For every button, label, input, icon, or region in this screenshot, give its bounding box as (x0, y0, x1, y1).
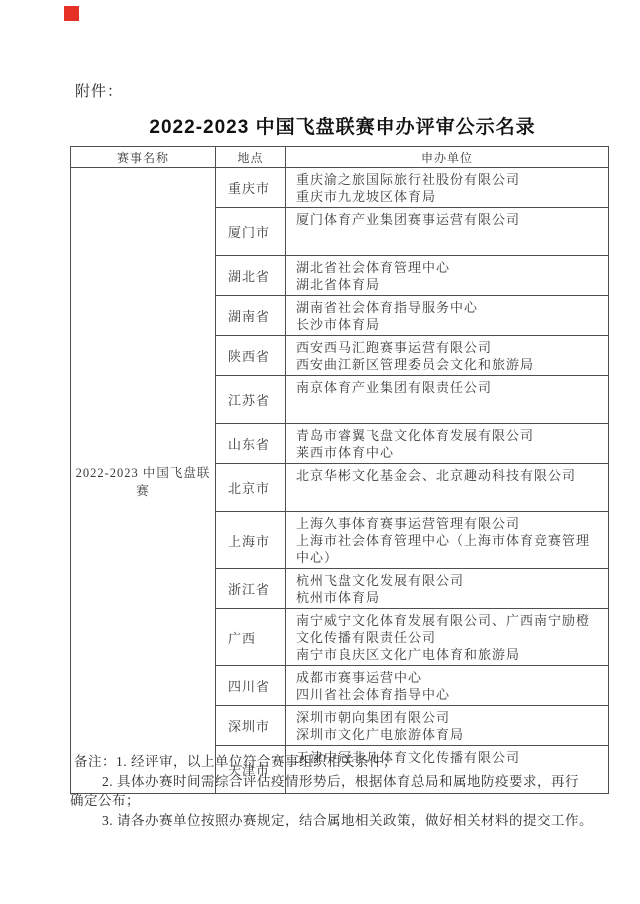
unit-line: 杭州飞盘文化发展有限公司 (296, 572, 602, 589)
unit-line: 长沙市体育局 (296, 316, 602, 333)
unit-cell: 杭州飞盘文化发展有限公司杭州市体育局 (286, 569, 609, 609)
unit-line: 北京华彬文化基金会、北京趣动科技有限公司 (296, 467, 602, 484)
red-square-marker (64, 6, 79, 21)
unit-line: 青岛市睿翼飞盘文化体育发展有限公司 (296, 427, 602, 444)
unit-line: 四川省社会体育指导中心 (296, 686, 602, 703)
unit-line: 重庆渝之旅国际旅行社股份有限公司 (296, 171, 602, 188)
unit-cell: 湖北省社会体育管理中心湖北省体育局 (286, 256, 609, 296)
unit-line: 西安曲江新区管理委员会文化和旅游局 (296, 356, 602, 373)
header-event-name: 赛事名称 (71, 147, 216, 168)
table-row: 2022-2023 中国飞盘联赛重庆市重庆渝之旅国际旅行社股份有限公司重庆市九龙… (71, 168, 609, 208)
unit-cell: 重庆渝之旅国际旅行社股份有限公司重庆市九龙坡区体育局 (286, 168, 609, 208)
document-page: 附件： 2022-2023 中国飞盘联赛申办评审公示名录 赛事名称 地点 申办单… (0, 0, 640, 904)
unit-line: 深圳市文化广电旅游体育局 (296, 726, 602, 743)
unit-cell: 西安西马汇跑赛事运营有限公司西安曲江新区管理委员会文化和旅游局 (286, 336, 609, 376)
unit-cell: 深圳市朝向集团有限公司深圳市文化广电旅游体育局 (286, 706, 609, 746)
unit-line: 上海市社会体育管理中心（上海市体育竞赛管理中心） (296, 532, 602, 566)
unit-line: 南京体育产业集团有限责任公司 (296, 379, 602, 396)
unit-cell: 南宁威宁文化体育发展有限公司、广西南宁励橙文化传播有限责任公司南宁市良庆区文化广… (286, 609, 609, 666)
unit-line: 湖南省社会体育指导服务中心 (296, 299, 602, 316)
unit-line: 湖北省社会体育管理中心 (296, 259, 602, 276)
unit-line: 上海久事体育赛事运营管理有限公司 (296, 515, 602, 532)
unit-line: 厦门体育产业集团赛事运营有限公司 (296, 211, 602, 228)
location-cell: 山东省 (216, 424, 286, 464)
location-cell: 湖北省 (216, 256, 286, 296)
unit-line: 南宁威宁文化体育发展有限公司、广西南宁励橙文化传播有限责任公司 (296, 612, 602, 646)
header-location: 地点 (216, 147, 286, 168)
unit-cell: 青岛市睿翼飞盘文化体育发展有限公司莱西市体育中心 (286, 424, 609, 464)
unit-line: 湖北省体育局 (296, 276, 602, 293)
location-cell: 浙江省 (216, 569, 286, 609)
review-table: 赛事名称 地点 申办单位 2022-2023 中国飞盘联赛重庆市重庆渝之旅国际旅… (70, 146, 609, 794)
location-cell: 四川省 (216, 666, 286, 706)
page-title: 2022-2023 中国飞盘联赛申办评审公示名录 (70, 112, 615, 139)
location-cell: 湖南省 (216, 296, 286, 336)
unit-line: 成都市赛事运营中心 (296, 669, 602, 686)
unit-cell: 湖南省社会体育指导服务中心长沙市体育局 (286, 296, 609, 336)
location-cell: 陕西省 (216, 336, 286, 376)
location-cell: 北京市 (216, 464, 286, 512)
note-line: 3. 请各办赛单位按照办赛规定，结合属地相关政策，做好相关材料的提交工作。 (70, 811, 612, 831)
location-cell: 江苏省 (216, 376, 286, 424)
table-header-row: 赛事名称 地点 申办单位 (71, 147, 609, 168)
event-name-cell: 2022-2023 中国飞盘联赛 (71, 168, 216, 794)
unit-cell: 上海久事体育赛事运营管理有限公司上海市社会体育管理中心（上海市体育竞赛管理中心） (286, 512, 609, 569)
unit-cell: 南京体育产业集团有限责任公司 (286, 376, 609, 424)
location-cell: 广西 (216, 609, 286, 666)
location-cell: 深圳市 (216, 706, 286, 746)
unit-cell: 厦门体育产业集团赛事运营有限公司 (286, 208, 609, 256)
table-body: 2022-2023 中国飞盘联赛重庆市重庆渝之旅国际旅行社股份有限公司重庆市九龙… (71, 168, 609, 794)
location-cell: 上海市 (216, 512, 286, 569)
unit-line: 重庆市九龙坡区体育局 (296, 188, 602, 205)
unit-line: 西安西马汇跑赛事运营有限公司 (296, 339, 602, 356)
location-cell: 重庆市 (216, 168, 286, 208)
unit-line: 莱西市体育中心 (296, 444, 602, 461)
unit-line: 深圳市朝向集团有限公司 (296, 709, 602, 726)
notes-section: 备注：1. 经评审，以上单位符合赛事组织相关条件；2. 具体办赛时间需综合评估疫… (70, 752, 612, 830)
unit-line: 南宁市良庆区文化广电体育和旅游局 (296, 646, 602, 663)
note-line: 备注：1. 经评审，以上单位符合赛事组织相关条件； (70, 752, 612, 772)
header-unit: 申办单位 (286, 147, 609, 168)
unit-cell: 北京华彬文化基金会、北京趣动科技有限公司 (286, 464, 609, 512)
note-line: 确定公布； (70, 791, 612, 811)
note-line: 2. 具体办赛时间需综合评估疫情形势后，根据体育总局和属地防疫要求，再行 (70, 772, 612, 792)
unit-cell: 成都市赛事运营中心四川省社会体育指导中心 (286, 666, 609, 706)
attachment-label: 附件： (75, 80, 123, 101)
location-cell: 厦门市 (216, 208, 286, 256)
unit-line: 杭州市体育局 (296, 589, 602, 606)
